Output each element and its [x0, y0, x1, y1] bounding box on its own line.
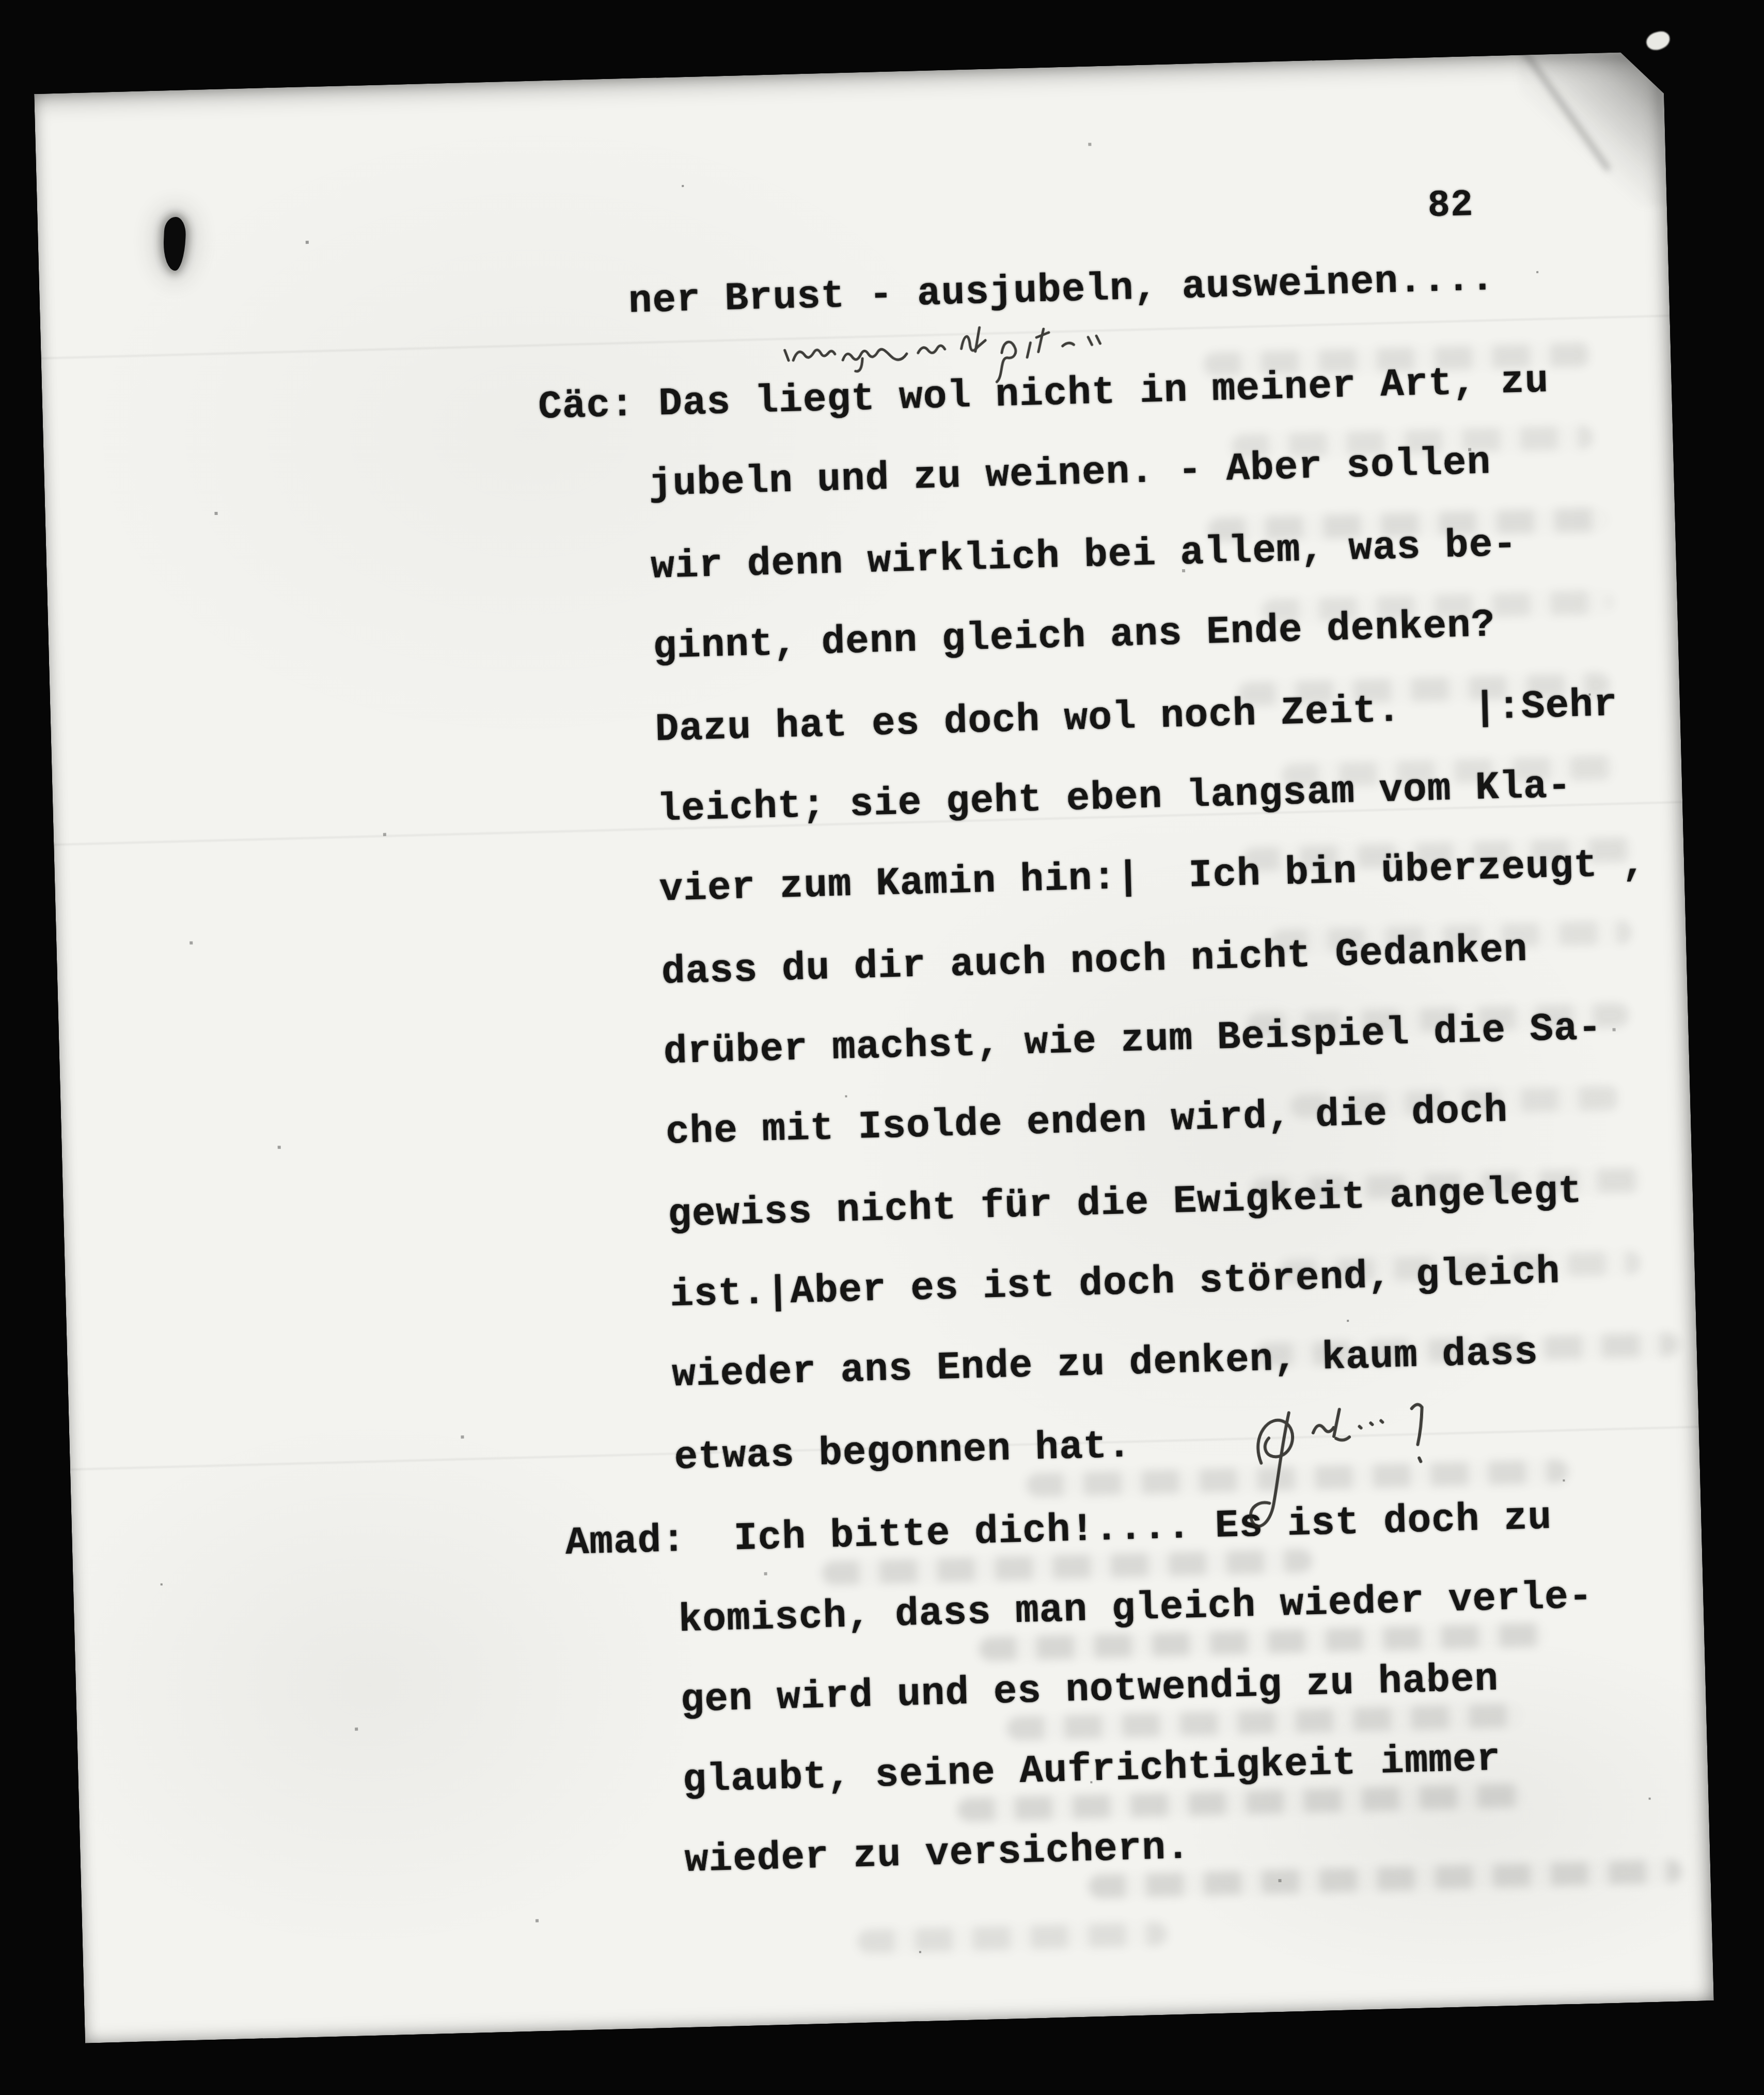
typed-line: gewiss nicht für die Ewigkeit angelegt [667, 1171, 1582, 1234]
typed-line: wieder zu versichern. [684, 1828, 1190, 1881]
typed-line: ginnt, denn gleich ans Ende denken? [653, 605, 1496, 667]
handwritten-annotation-2 [1225, 1379, 1499, 1613]
scanner-dust-speck [1645, 29, 1672, 52]
page-number: 82 [1427, 186, 1474, 225]
typed-line: che mit Isolde enden wird, die doch [665, 1091, 1508, 1152]
typed-line: wir denn wirklich bei allem, was be- [651, 525, 1518, 587]
typed-line: leicht; sie geht eben langsam vom Kla- [657, 766, 1572, 829]
ink-blot [163, 216, 186, 271]
handwritten-annotation-1 [779, 307, 1162, 389]
scan-page: 82 ner Brust - ausjubeln, ausweinen.... … [34, 51, 1714, 2043]
typed-line: dass du dir auch noch nicht Gedanken [661, 930, 1528, 992]
scanner-background: { "scan": { "kind": "typewritten manuscr… [0, 0, 1764, 2095]
typed-line: drüber machst, wie zum Beispiel die Sa- [663, 1008, 1602, 1072]
typed-line: jubeln und zu weinen. - Aber sollen [648, 443, 1491, 504]
typed-line: Dazu hat es doch wol noch Zeit. |:Sehr [655, 685, 1618, 749]
typed-line: vier zum Kamin hin:| Ich bin überzeugt , [659, 845, 1646, 910]
typed-line: etwas begonnen hat. [674, 1426, 1132, 1477]
bleedthrough-ghost-text [857, 1922, 1168, 1954]
paper-speckles [34, 94, 35, 95]
typed-line: ist.|Aber es ist doch störend, gleich [669, 1252, 1561, 1315]
